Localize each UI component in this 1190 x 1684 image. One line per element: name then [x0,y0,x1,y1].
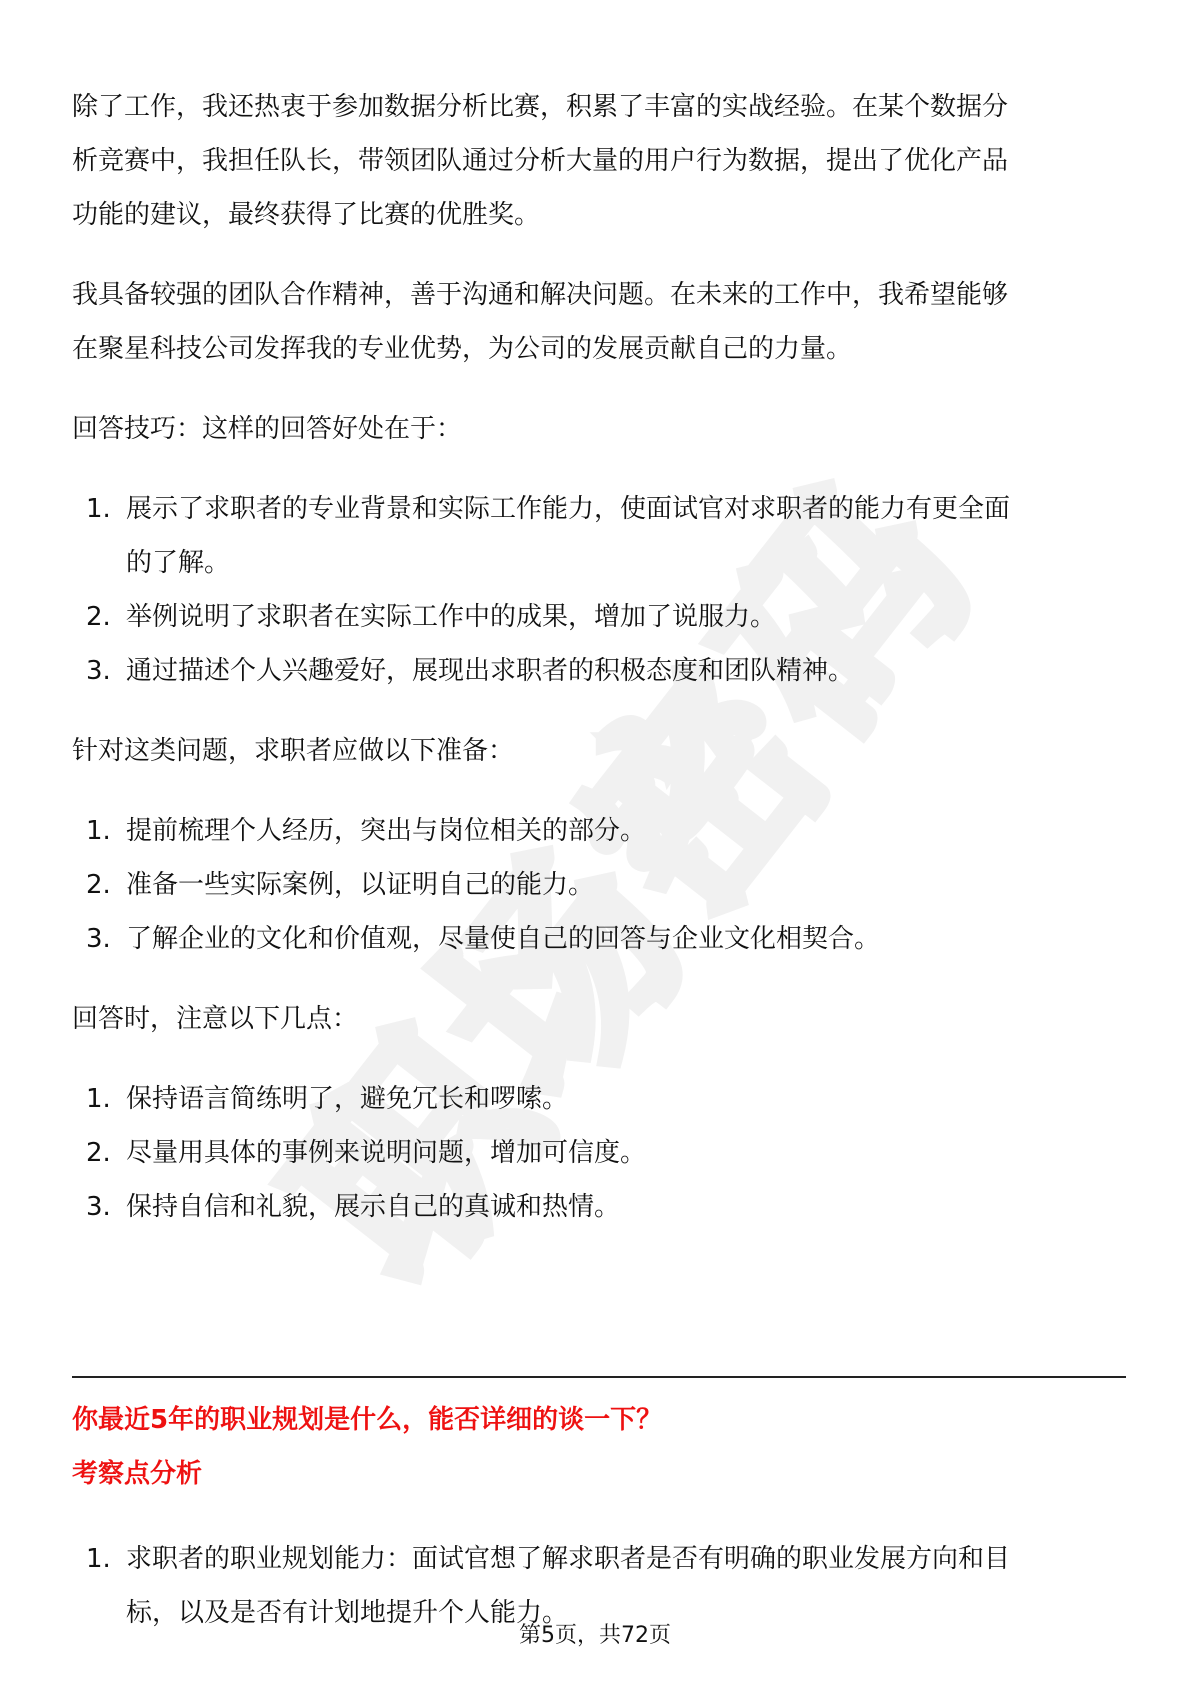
list-number: 1. [86,1070,111,1128]
question-title: 你最近5年的职业规划是什么，能否详细的谈一下？ [72,1400,662,1440]
list-text: 通过描述个人兴趣爱好，展现出求职者的积极态度和团队精神。 [126,642,1126,700]
list-text: 求职者的职业规划能力：面试官想了解求职者是否有明确的职业发展方向和目 [126,1530,1126,1588]
preparation-heading: 针对这类问题，求职者应做以下准备： [72,722,514,780]
list-number: 3. [86,642,111,700]
list-text: 提前梳理个人经历，突出与岗位相关的部分。 [126,802,1126,860]
paragraph-line: 功能的建议，最终获得了比赛的优胜奖。 [72,186,540,244]
paragraph-line: 我具备较强的团队合作精神，善于沟通和解决问题。在未来的工作中，我希望能够 [72,266,1008,324]
paragraph-line: 在聚星科技公司发挥我的专业优势，为公司的发展贡献自己的力量。 [72,320,852,378]
list-number: 1. [86,480,111,538]
list-text: 举例说明了求职者在实际工作中的成果，增加了说服力。 [126,588,1126,646]
notes-heading: 回答时，注意以下几点： [72,990,358,1048]
list-number: 2. [86,588,111,646]
page-number: 第5页，共72页 [0,1618,1190,1649]
list-text: 保持语言简练明了，避免冗长和啰嗦。 [126,1070,1126,1128]
list-text: 了解企业的文化和价值观，尽量使自己的回答与企业文化相契合。 [126,910,1126,968]
list-text: 保持自信和礼貌，展示自己的真诚和热情。 [126,1178,1126,1236]
list-text: 的了解。 [126,534,1126,592]
list-text: 准备一些实际案例，以证明自己的能力。 [126,856,1126,914]
tips-heading: 回答技巧：这样的回答好处在于： [72,400,462,458]
paragraph-line: 析竞赛中，我担任队长，带领团队通过分析大量的用户行为数据，提出了优化产品 [72,132,1008,190]
list-number: 3. [86,1178,111,1236]
list-number: 3. [86,910,111,968]
list-number: 2. [86,856,111,914]
section-divider [72,1376,1126,1378]
analysis-subtitle: 考察点分析 [72,1454,202,1494]
list-number: 1. [86,802,111,860]
list-number: 2. [86,1124,111,1182]
list-number: 1. [86,1530,111,1588]
list-text: 尽量用具体的事例来说明问题，增加可信度。 [126,1124,1126,1182]
list-text: 展示了求职者的专业背景和实际工作能力，使面试官对求职者的能力有更全面 [126,480,1126,538]
paragraph-line: 除了工作，我还热衷于参加数据分析比赛，积累了丰富的实战经验。在某个数据分 [72,78,1008,136]
